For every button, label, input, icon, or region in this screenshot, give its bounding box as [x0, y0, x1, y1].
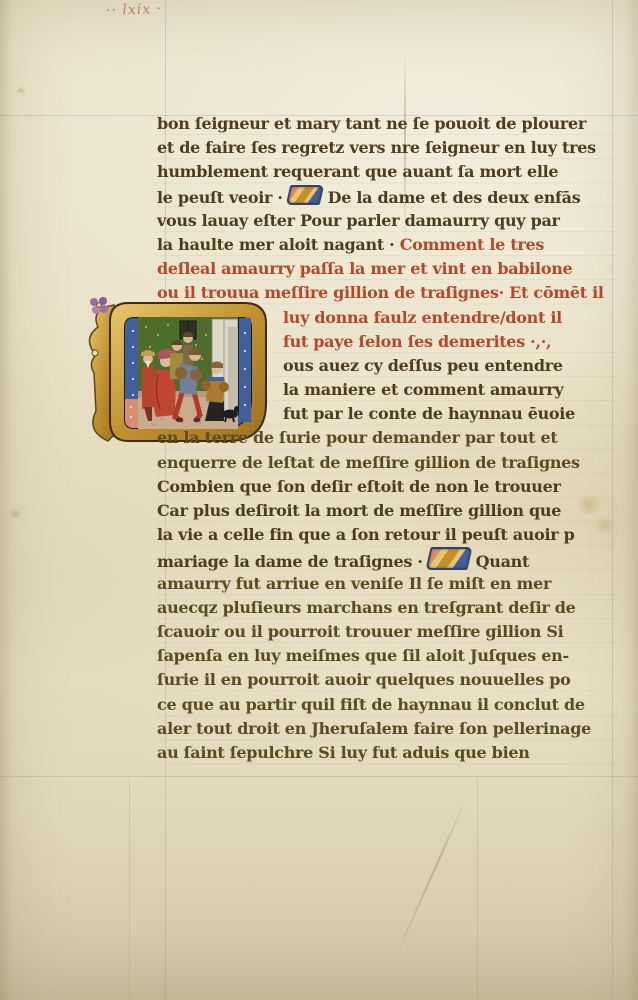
- rubric-text: ou il trouua meſſire gillion de traſigne…: [157, 283, 604, 302]
- body-text: la haulte mer aloit nagant ·: [157, 235, 400, 254]
- manuscript-text-line: ſcauoir ou il pourroit trouuer meſſire g…: [157, 620, 619, 644]
- body-text: vous lauay eſter Pour parler damaurry qu…: [157, 211, 560, 230]
- body-text: ſurie il en pourroit auoir quelques nouu…: [157, 670, 570, 689]
- manuscript-text-line: Combien que ſon deſir eſtoit de non le t…: [157, 475, 619, 499]
- manuscript-text-line: mariage la dame de traſignes ·Quant: [157, 547, 619, 571]
- manuscript-text-line: fut paye ſelon ſes demerites ·,·,: [157, 330, 619, 354]
- body-text: ſcauoir ou il pourroit trouuer meſſire g…: [157, 622, 563, 641]
- manuscript-text-line: ce que au partir quil fiſt de haynnau il…: [157, 693, 619, 717]
- manuscript-text-line: humblement requerant que auant ſa mort e…: [157, 160, 619, 184]
- manuscript-text-line: deſleal amaurry paſſa la mer et vint en …: [157, 257, 619, 281]
- initial-corner-patch: [125, 399, 138, 428]
- manuscript-text-line: en la terre de ſurie pour demander par t…: [157, 426, 619, 450]
- body-text: la maniere et comment amaurry: [283, 380, 563, 399]
- body-text: le peuſt veoir ·: [157, 188, 283, 207]
- ruling-vertical-lower-mid: [477, 778, 478, 1000]
- parchment-stain: [16, 86, 26, 95]
- body-text: humblement requerant que auant ſa mort e…: [157, 162, 558, 181]
- folio-number: ·· lxix ·: [106, 1, 163, 19]
- body-text: aler tout droit en Jheruſalem faire ſon …: [157, 719, 591, 738]
- manuscript-text-line: fut par le conte de haynnau ēuoie: [157, 402, 619, 426]
- body-text: Car plus deſiroit la mort de meſſire gil…: [157, 501, 561, 520]
- paraph-mark: [425, 547, 472, 570]
- rubric-text: fut paye ſelon ſes demerites ·,·,: [283, 332, 551, 351]
- manuscript-text-line: enquerre de leſtat de meſſire gillion de…: [157, 451, 619, 475]
- paraph-mark: [285, 185, 324, 205]
- manuscript-text-line: ou il trouua meſſire gillion de traſigne…: [157, 281, 619, 305]
- text-block: bon ſeigneur et mary tant ne ſe pouoit d…: [157, 112, 619, 765]
- manuscript-text-line: auecqz pluſieurs marchans en treſgrant d…: [157, 596, 619, 620]
- manuscript-text-line: et de faire ſes regretz vers nre ſeigneu…: [157, 136, 619, 160]
- manuscript-text-line: Car plus deſiroit la mort de meſſire gil…: [157, 499, 619, 523]
- body-text: Combien que ſon deſir eſtoit de non le t…: [157, 477, 561, 496]
- manuscript-page: ·· lxix ·: [0, 0, 638, 1000]
- manuscript-text-line: amaurry fut arriue en veniſe Il ſe miſt …: [157, 572, 619, 596]
- body-text: fut par le conte de haynnau ēuoie: [283, 404, 575, 423]
- manuscript-text-line: ſapenſa en luy meiſmes que ſil aloit Juſ…: [157, 644, 619, 668]
- body-text: la vie a celle fin que a ſon retour il p…: [157, 525, 575, 544]
- body-text: ous auez cy deſſus peu entendre: [283, 356, 563, 375]
- manuscript-text-line: la vie a celle fin que a ſon retour il p…: [157, 523, 619, 547]
- manuscript-text-line: la maniere et comment amaurry: [157, 378, 619, 402]
- manuscript-text-line: vous lauay eſter Pour parler damaurry qu…: [157, 209, 619, 233]
- body-text: enquerre de leſtat de meſſire gillion de…: [157, 453, 580, 472]
- manuscript-text-line: bon ſeigneur et mary tant ne ſe pouoit d…: [157, 112, 619, 136]
- body-text: ſapenſa en luy meiſmes que ſil aloit Juſ…: [157, 646, 569, 665]
- rubric-text: luy donna faulz entendre/dont il: [283, 308, 562, 327]
- rubric-text: Comment le tres: [400, 235, 544, 254]
- manuscript-text-line: ous auez cy deſſus peu entendre: [157, 354, 619, 378]
- manuscript-text-line: ſurie il en pourroit auoir quelques nouu…: [157, 668, 619, 692]
- manuscript-text-line: au ſaint ſepulchre Si luy fut aduis que …: [157, 741, 619, 765]
- ruling-vertical-lower-left: [129, 778, 130, 1000]
- body-text: Quant: [476, 552, 529, 571]
- manuscript-text-line: aler tout droit en Jheruſalem faire ſon …: [157, 717, 619, 741]
- rubric-text: deſleal amaurry paſſa la mer et vint en …: [157, 259, 572, 278]
- body-text: au ſaint ſepulchre Si luy fut aduis que …: [157, 743, 530, 762]
- body-text: en la terre de ſurie pour demander par t…: [157, 428, 557, 447]
- parchment-stain: [8, 508, 22, 520]
- manuscript-text-line: luy donna faulz entendre/dont il: [157, 306, 619, 330]
- manuscript-text-line: la haulte mer aloit nagant · Comment le …: [157, 233, 619, 257]
- manuscript-text-line: le peuſt veoir ·De la dame et des deux e…: [157, 185, 619, 209]
- flower-icon: [90, 297, 108, 314]
- body-text: amaurry fut arriue en veniſe Il ſe miſt …: [157, 574, 551, 593]
- body-text: bon ſeigneur et mary tant ne ſe pouoit d…: [157, 114, 586, 133]
- body-text: ce que au partir quil fiſt de haynnau il…: [157, 695, 585, 714]
- body-text: De la dame et des deux enfās: [328, 188, 581, 207]
- body-text: auecqz pluſieurs marchans en treſgrant d…: [157, 598, 576, 617]
- body-text: et de faire ſes regretz vers nre ſeigneu…: [157, 138, 596, 157]
- parchment-crease: [394, 797, 467, 958]
- body-text: mariage la dame de traſignes ·: [157, 552, 423, 571]
